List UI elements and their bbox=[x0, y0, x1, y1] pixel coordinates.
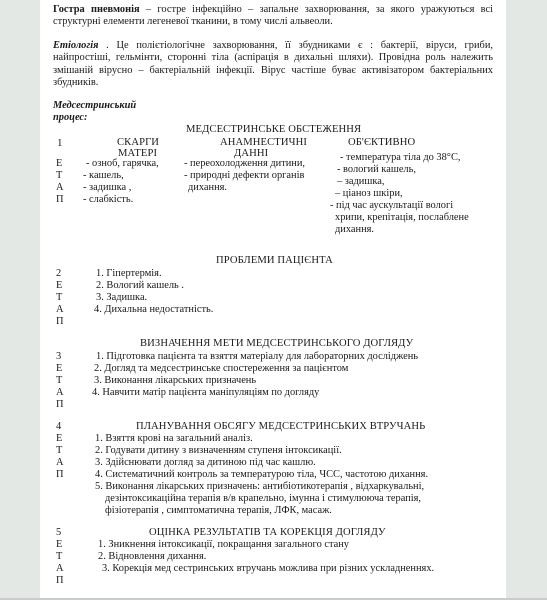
complaint-item: - озноб, гарячка, bbox=[86, 158, 159, 170]
process-label-line1: Медсестринський bbox=[53, 100, 136, 112]
stage1-title: МЕДСЕСТРИНСЬКЕ ОБСТЕЖЕННЯ bbox=[186, 124, 361, 136]
stage4-number: 4 bbox=[56, 421, 61, 433]
problem-item: 1. Гіпертермія. bbox=[96, 268, 162, 280]
stage-letter: Т bbox=[56, 375, 62, 387]
stage1-number: 1 bbox=[57, 137, 63, 149]
stage-letter: Е bbox=[56, 363, 62, 375]
stage-letter: А bbox=[56, 387, 64, 399]
stage2-number: 2 bbox=[56, 268, 61, 280]
objective-item: дихання. bbox=[335, 224, 374, 236]
stage-letter: Е bbox=[56, 433, 62, 445]
stage3-number: 3 bbox=[56, 351, 61, 363]
problem-item: 2. Вологий кашель . bbox=[96, 280, 184, 292]
objective-item: - вологий кашель, bbox=[337, 164, 416, 176]
stage3-title: ВИЗНАЧЕННЯ МЕТИ МЕДСЕСТРИНСЬКОГО ДОГЛЯДУ bbox=[140, 338, 413, 350]
complaint-item: - кашель, bbox=[83, 170, 124, 182]
document-page: Гостра пневмонія – гостре інфекційно – з… bbox=[40, 0, 506, 598]
process-label-line2: процес: bbox=[53, 112, 88, 124]
stage-letter: П bbox=[56, 316, 64, 328]
plan-item: 5. Виконання лікарських призначень: анти… bbox=[95, 481, 424, 493]
stage-letter: А bbox=[56, 304, 64, 316]
etiology-text: . Це полієтіологічне захворювання, її зб… bbox=[53, 40, 493, 88]
stage5-title: ОЦІНКА РЕЗУЛЬТАТІВ ТА КОРЕКЦІЯ ДОГЛЯДУ bbox=[149, 527, 386, 539]
stage-letter: Т bbox=[56, 551, 62, 563]
stage-letter: А bbox=[56, 457, 64, 469]
stage-letter: Е bbox=[56, 280, 62, 292]
goal-item: 3. Виконання лікарських призначень bbox=[94, 375, 256, 387]
stage4-title: ПЛАНУВАННЯ ОБСЯГУ МЕДСЕСТРИНСЬКИХ ВТРУЧА… bbox=[136, 421, 425, 433]
plan-item-continuation: фізіотерапія , симптоматична терапія, ЛФ… bbox=[105, 505, 332, 517]
plan-item: 1. Взяття крові на загальний аналіз. bbox=[95, 433, 253, 445]
objective-item: - під час аускультації вологі bbox=[330, 200, 453, 212]
goal-item: 4. Навчити матір пацієнта маніпуляціям п… bbox=[92, 387, 319, 399]
problem-item: 4. Дихальна недостатність. bbox=[94, 304, 213, 316]
etiology-paragraph: Етіологія . Це полієтіологічне захворюва… bbox=[53, 40, 493, 89]
evaluation-item: 3. Корекція мед сестринських втручань мо… bbox=[102, 563, 434, 575]
stage5-number: 5 bbox=[56, 527, 61, 539]
plan-item: 3. Здійснювати догляд за дитиною під час… bbox=[95, 457, 316, 469]
evaluation-item: 2. Відновлення дихання. bbox=[98, 551, 206, 563]
stage-letter: П bbox=[56, 194, 64, 206]
plan-item-continuation: дезінтоксикаційна терапія в/в крапельно,… bbox=[105, 493, 421, 505]
plan-item: 4. Систематичний контроль за температуро… bbox=[95, 469, 428, 481]
stage-letter: А bbox=[56, 182, 64, 194]
anamnesis-item: дихання. bbox=[188, 182, 227, 194]
stage-letter: Е bbox=[56, 539, 62, 551]
definition-paragraph: Гостра пневмонія – гостре інфекційно – з… bbox=[53, 4, 493, 29]
definition-term: Гостра пневмонія bbox=[53, 4, 140, 15]
complaint-item: - задишка , bbox=[83, 182, 131, 194]
stage-letter: П bbox=[56, 469, 64, 481]
goal-item: 2. Догляд та медсестринське спостереженн… bbox=[94, 363, 348, 375]
objective-item: – задишка, bbox=[337, 176, 384, 188]
stage-letter: А bbox=[56, 563, 64, 575]
anamnesis-item: - переохолодження дитини, bbox=[184, 158, 305, 170]
goal-item: 1. Підготовка пацієнта та взяття матеріа… bbox=[96, 351, 418, 363]
stage-letter: П bbox=[56, 399, 64, 411]
stage-letter: Е bbox=[56, 158, 62, 170]
anamnesis-item: - природні дефекти органів bbox=[184, 170, 304, 182]
stage-letter: Т bbox=[56, 292, 62, 304]
plan-item: 2. Годувати дитину з визначенням ступеня… bbox=[95, 445, 342, 457]
stage-letter: Т bbox=[56, 170, 62, 182]
stage-letter: Т bbox=[56, 445, 62, 457]
etiology-term: Етіологія bbox=[53, 40, 98, 51]
problem-item: 3. Задишка. bbox=[96, 292, 147, 304]
stage2-title: ПРОБЛЕМИ ПАЦІЄНТА bbox=[216, 255, 333, 267]
objective-item: – ціаноз шкіри, bbox=[335, 188, 403, 200]
objective-header: ОБ'ЄКТИВНО bbox=[348, 137, 415, 149]
stage-letter: П bbox=[56, 575, 64, 587]
evaluation-item: 1. Зникнення інтоксикації, покращання за… bbox=[98, 539, 349, 551]
complaint-item: - слабкість. bbox=[83, 194, 133, 206]
objective-item: хрипи, крепітація, послаблене bbox=[335, 212, 469, 224]
objective-item: - температура тіла до 38°С, bbox=[340, 152, 460, 164]
